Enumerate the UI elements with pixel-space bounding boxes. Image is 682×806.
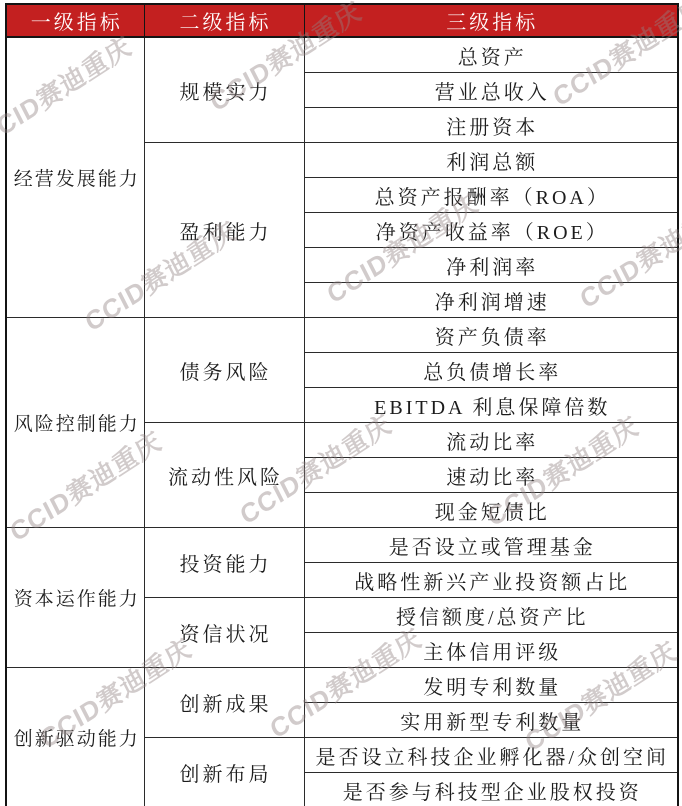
cell-level3: 净利润率: [304, 248, 678, 283]
cell-level3: 注册资本: [304, 108, 678, 143]
cell-level1-capital: 资本运作能力: [6, 528, 144, 668]
cell-level2-investment: 投资能力: [144, 528, 304, 598]
cell-level3: 利润总额: [304, 143, 678, 178]
header-level3: 三级指标: [304, 4, 678, 37]
cell-level3: 发明专利数量: [304, 668, 678, 703]
cell-level3: 实用新型专利数量: [304, 703, 678, 738]
cell-level2-credit: 资信状况: [144, 598, 304, 668]
cell-level3: 流动比率: [304, 423, 678, 458]
cell-level2-debt-risk: 债务风险: [144, 318, 304, 423]
header-level2: 二级指标: [144, 4, 304, 37]
cell-level2-innovation-layout: 创新布局: [144, 738, 304, 806]
cell-level2-profitability: 盈利能力: [144, 143, 304, 318]
cell-level3: 总资产: [304, 37, 678, 73]
cell-level3: 净利润增速: [304, 283, 678, 318]
cell-level1-risk: 风险控制能力: [6, 318, 144, 528]
header-level1: 一级指标: [6, 4, 144, 37]
table-row: 风险控制能力 债务风险 资产负债率: [6, 318, 678, 353]
cell-level3: 净资产收益率（ROE）: [304, 213, 678, 248]
cell-level3: 营业总收入: [304, 73, 678, 108]
cell-level2-innovation-results: 创新成果: [144, 668, 304, 738]
cell-level2-liquidity-risk: 流动性风险: [144, 423, 304, 528]
cell-level3: 战略性新兴产业投资额占比: [304, 563, 678, 598]
document-page: 一级指标 二级指标 三级指标 经营发展能力 规模实力 总资产 营业总收入 注册资…: [0, 0, 682, 806]
cell-level2-scale: 规模实力: [144, 37, 304, 143]
table-row: 创新驱动能力 创新成果 发明专利数量: [6, 668, 678, 703]
cell-level3: 现金短债比: [304, 493, 678, 528]
cell-level3: 总负债增长率: [304, 353, 678, 388]
table-header-row: 一级指标 二级指标 三级指标: [6, 4, 678, 37]
cell-level3: 是否参与科技型企业股权投资: [304, 773, 678, 806]
cell-level3: 授信额度/总资产比: [304, 598, 678, 633]
cell-level3: 是否设立科技企业孵化器/众创空间: [304, 738, 678, 773]
cell-level3: 主体信用评级: [304, 633, 678, 668]
cell-level1-innovation: 创新驱动能力: [6, 668, 144, 806]
table-row: 资本运作能力 投资能力 是否设立或管理基金: [6, 528, 678, 563]
cell-level3: 速动比率: [304, 458, 678, 493]
cell-level3: 是否设立或管理基金: [304, 528, 678, 563]
cell-level3: 资产负债率: [304, 318, 678, 353]
table-row: 经营发展能力 规模实力 总资产: [6, 37, 678, 73]
cell-level3: 总资产报酬率（ROA）: [304, 178, 678, 213]
cell-level3: EBITDA 利息保障倍数: [304, 388, 678, 423]
indicator-table: 一级指标 二级指标 三级指标 经营发展能力 规模实力 总资产 营业总收入 注册资…: [5, 3, 679, 806]
cell-level1-operations: 经营发展能力: [6, 37, 144, 318]
